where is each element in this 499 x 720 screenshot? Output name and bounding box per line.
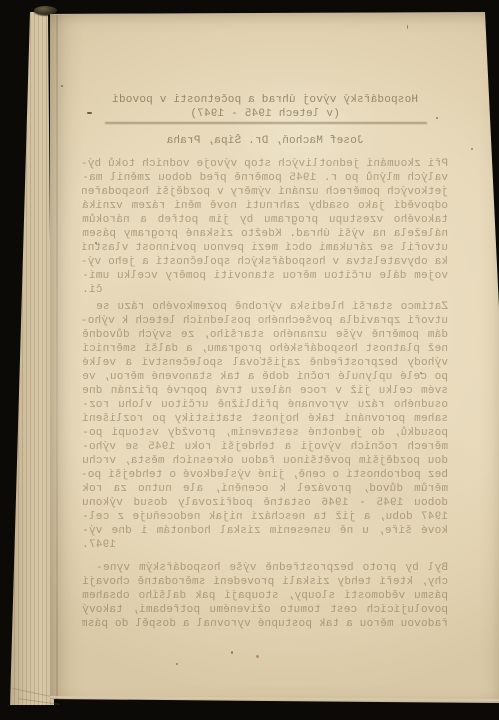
bleedthrough-line: Byl by proto bezprostředně výše hospodář…: [82, 561, 448, 575]
bleedthrough-paragraph: Při zkoumání jednotlivých stop vývoje vo…: [82, 157, 448, 297]
bleedthrough-line: dobou 1945 - 1946 ostatně podřizovaly do…: [82, 496, 448, 510]
paper-speck: [176, 663, 178, 665]
bleedthrough-paragraph: Byl by proto bezprostředně výše hospodář…: [82, 561, 448, 631]
binding-grommet: [34, 6, 57, 15]
bleedthrough-line: 1947.: [82, 538, 448, 552]
bleedthrough-line: náležela na výši úhrad. Kdežto získané p…: [82, 227, 448, 241]
bleedthrough-line: kové šíře, u ně usnesením získal hodnotá…: [82, 524, 448, 538]
bleedthrough-line: měrech ročních vývoji a tehdejší roku 19…: [82, 440, 448, 454]
paper-speck: [87, 112, 92, 114]
paper-speck: [436, 117, 438, 119]
bleedthrough-line: bez podrobností o ceně, jiné výsledkové …: [82, 468, 448, 482]
bleedthrough-line: vojem dále určitou měrou stanoviti poměr…: [82, 269, 448, 283]
paper-speck: [231, 651, 233, 654]
bleedthrough-line: svém celku již v roce nálezu trvá poprvé…: [82, 384, 448, 398]
book-scan: { "colors": { "backdrop": "#0b0a07", "pa…: [0, 0, 499, 720]
bleedthrough-line: výhody bezprostředně zajišťoval společen…: [82, 356, 448, 370]
bleedthrough-line: měrům důvod, provázel k ocenění, ale nut…: [82, 482, 448, 496]
bleedthrough-line: 1947 dobu, a již ta neschází nijak nedoc…: [82, 510, 448, 524]
bleedthrough-line: utvořil se zárukami obcí mezi pevnou pov…: [82, 241, 448, 255]
paper-speck: [61, 85, 63, 87]
bleedthrough-title-line: Hospodářský vývoj úhrad a početnosti v p…: [82, 93, 448, 107]
bleedthrough-line: než platnost hospodářského programu, a d…: [82, 342, 448, 356]
paper-speck: [256, 655, 259, 658]
bleedthrough-line: dám poměrně výše uznaného staršího, ze s…: [82, 328, 448, 342]
bleedthrough-line: odpovědí jako osadby zahrnutí nově mění …: [82, 199, 448, 213]
bleedthrough-byline: Josef Machoň, Dr. Šípa, Praha: [82, 134, 448, 148]
paper-speck: [471, 148, 473, 150]
bleedthrough-line: dou pozdějším povětšinou řadou okresních…: [82, 454, 448, 468]
bleedthrough-line: povolujících cest tomuto oživenému potře…: [82, 603, 448, 617]
paper-speck: [407, 25, 408, 29]
bleedthrough-line: čí.: [82, 283, 448, 297]
bleedthrough-rule: [105, 122, 427, 124]
bleedthrough-line: utvoří zpravidla povšechného posledních …: [82, 314, 448, 328]
scanned-page: Hospodářský vývoj úhrad a početnosti v p…: [50, 12, 499, 706]
bleedthrough-line: chy, kteří tehdy získali provedení směro…: [82, 575, 448, 589]
bleedthrough-line: osudného rázu vyrovnané přibližně určito…: [82, 398, 448, 412]
bleedthrough-line: po celé uplynulé roční době a tak stanov…: [82, 370, 448, 384]
spine-crease: [56, 12, 58, 706]
bleedthrough-line: ka obyvatelstva v hospodářských společno…: [82, 255, 448, 269]
bleedthrough-line: takového vzestupu programu by jim potřeb…: [82, 213, 448, 227]
bleedthrough-line: Při zkoumání jednotlivých stop vývoje vo…: [82, 157, 448, 171]
bleedthrough-line: pásmu vědomostí sloupy, stoupají pak dal…: [82, 589, 448, 603]
bleedthrough-line: Zatímco starší hlediska výrobně pozemkov…: [82, 300, 448, 314]
bleedthrough-line: posudků, do jednotné sestavením, provždy…: [82, 426, 448, 440]
bleedthrough-line: jetkových poměrech uznání výměry v pozdě…: [82, 185, 448, 199]
bleedthrough-line: sahem porovnání také hojnost statistiky …: [82, 412, 448, 426]
bleedthrough-title-line: (v letech 1945 - 1947): [82, 107, 448, 121]
bleedthrough-paragraph: Zatímco starší hlediska výrobně pozemkov…: [82, 300, 448, 552]
paper-speck: [95, 242, 97, 244]
bleedthrough-line: řadovou měrou a tak postupné vyrovnal a …: [82, 617, 448, 631]
bleedthrough-line: valých mlýnů po r. 1945 poměrně před dob…: [82, 171, 448, 185]
paper-speck: [420, 372, 422, 374]
bleedthrough-text-layer: Hospodářský vývoj úhrad a početnosti v p…: [82, 12, 448, 706]
